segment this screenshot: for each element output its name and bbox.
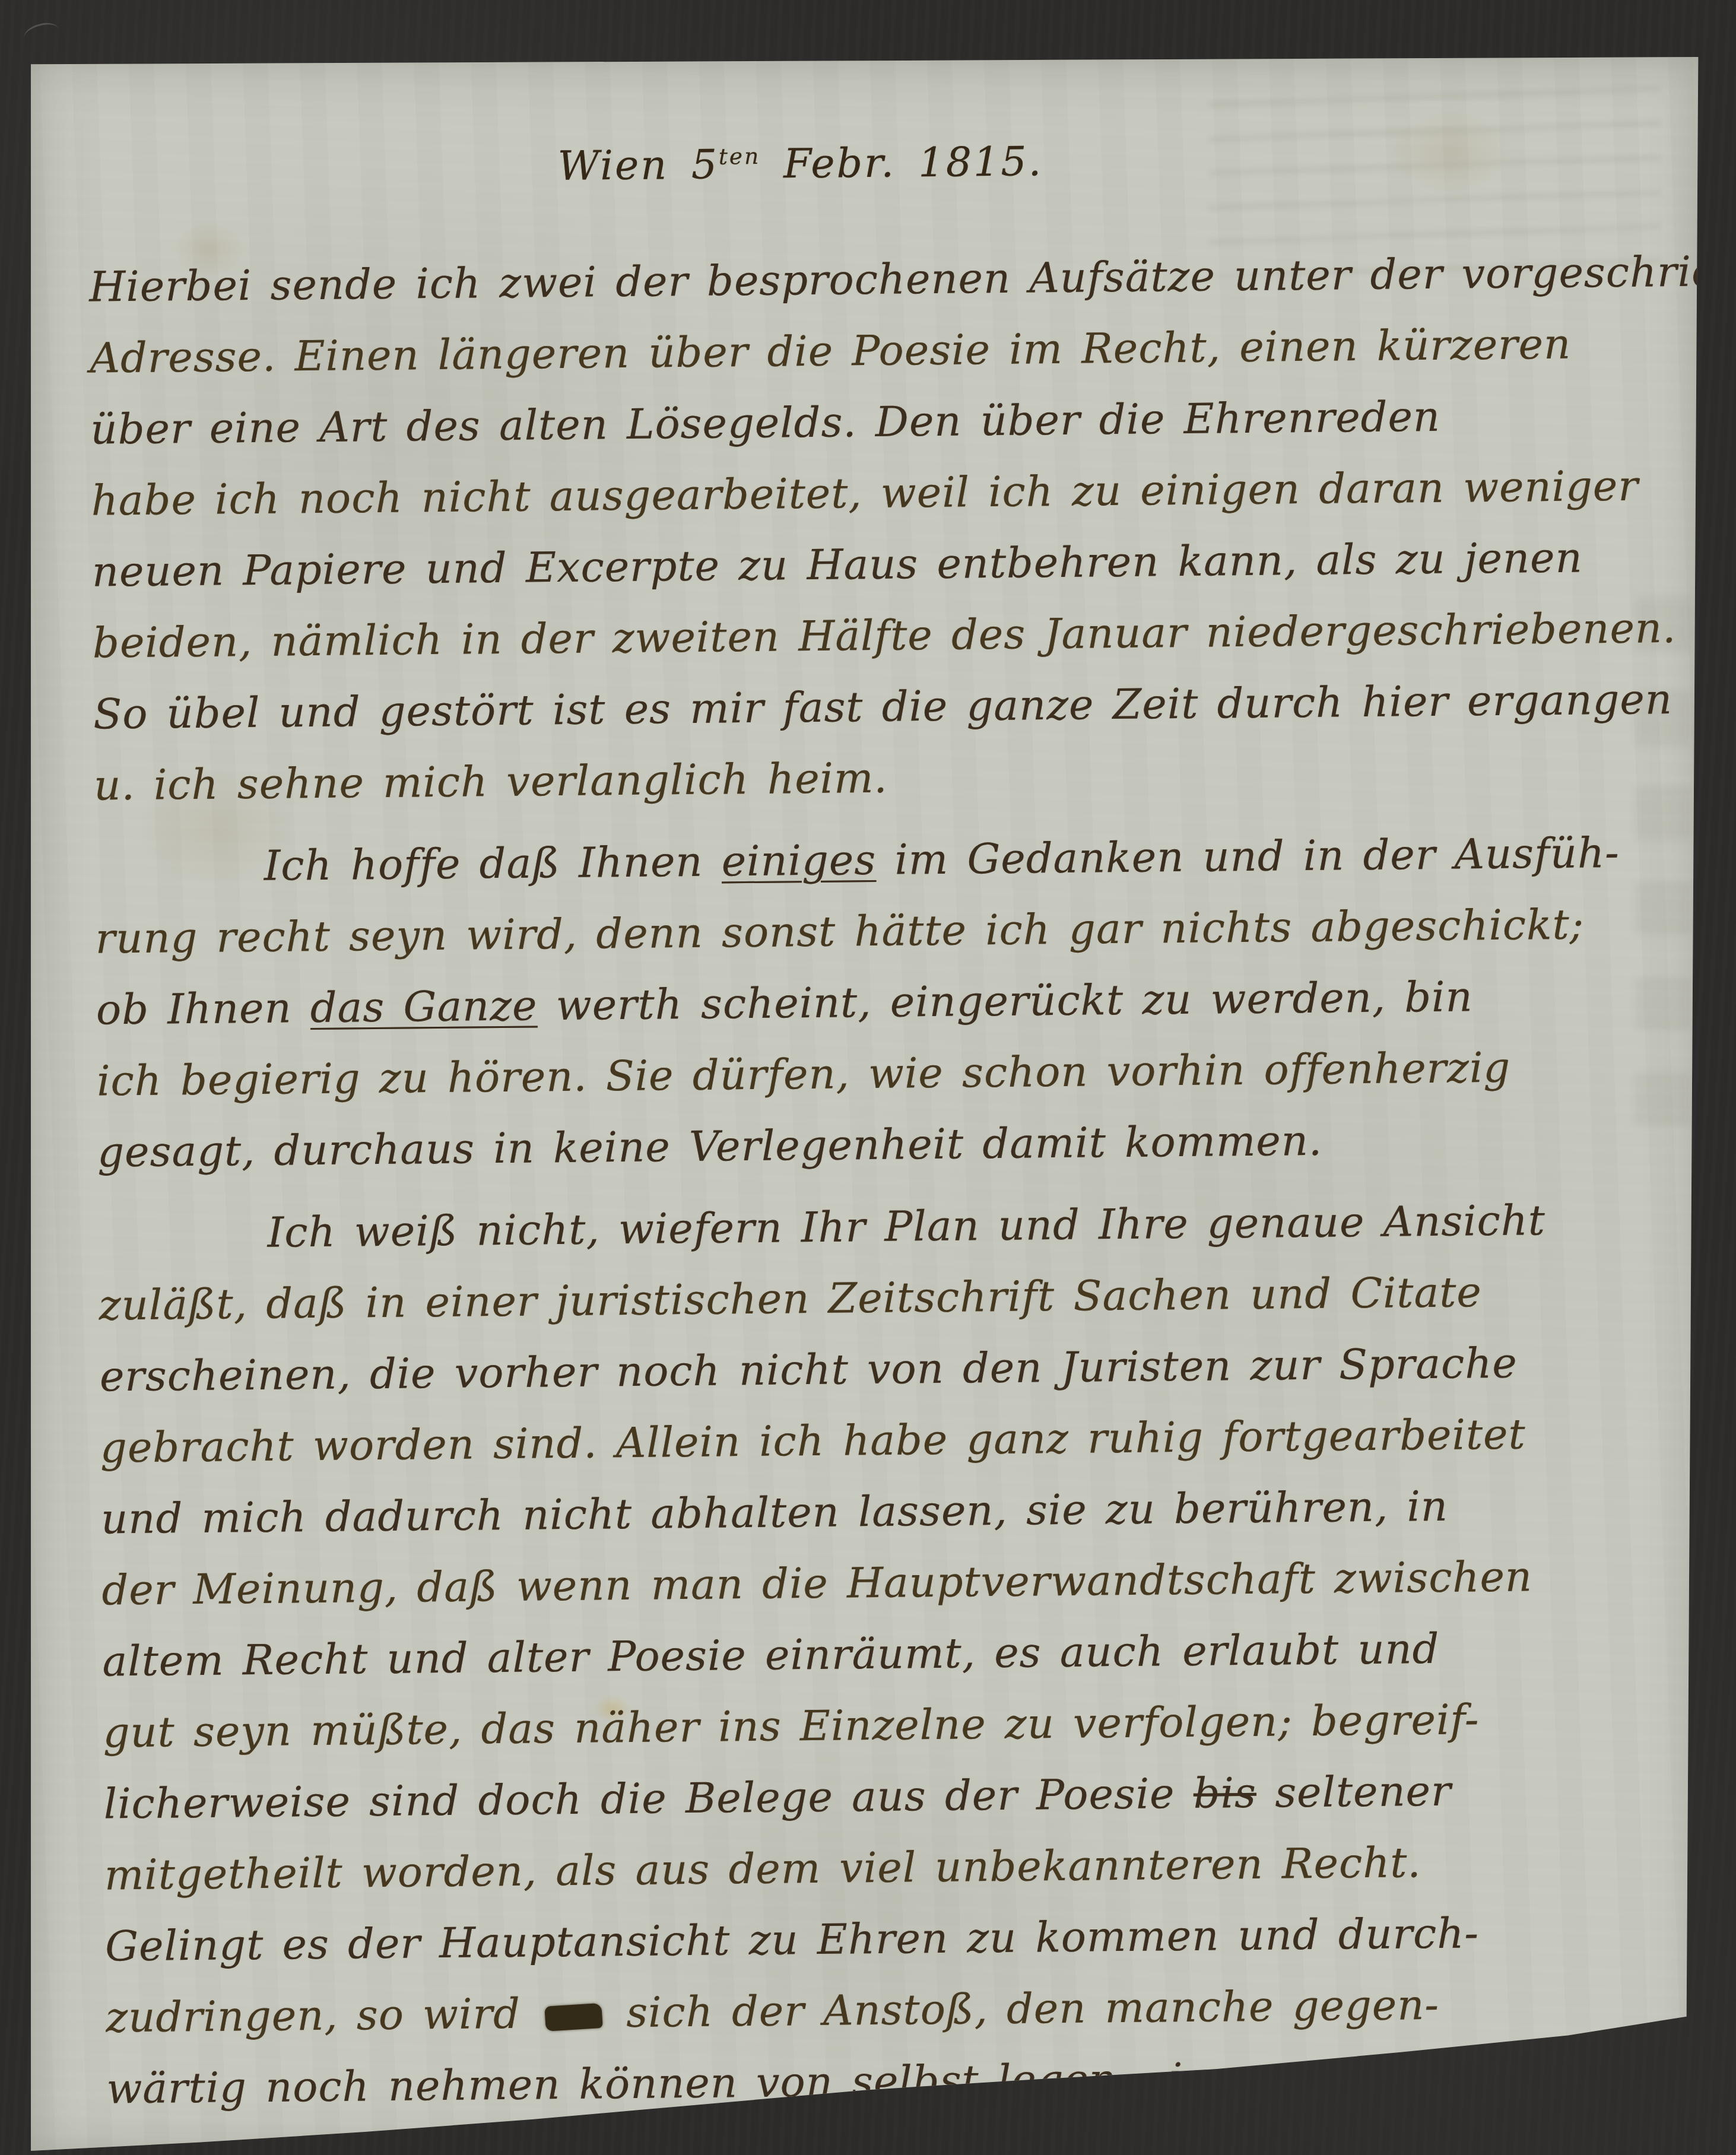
letter-line: So übel und gestört ist es mir fast die …: [93, 664, 1643, 750]
date-ordinal-suffix: ten: [719, 143, 761, 170]
paragraph: Ich weiß nicht, wiefern Ihr Plan und Ihr…: [98, 1183, 1656, 2124]
text-segment: im Gedanken und in der Ausfüh-: [876, 829, 1620, 884]
text-segment: gesagt, durchaus in keine Verlegenheit d…: [97, 1116, 1323, 1177]
text-segment: über eine Art des alten Lösegelds. Den ü…: [90, 392, 1440, 454]
text-segment: Ich weiß nicht, wiefern Ihr Plan und Ihr…: [267, 1196, 1545, 1257]
text-segment: beiden, nämlich in der zweiten Hälfte de…: [93, 604, 1677, 668]
ink-blot: [544, 2003, 602, 2032]
letter-line: wärtig noch nehmen können von selbst leg…: [106, 2038, 1656, 2124]
text-segment: zudringen, so wird: [106, 1989, 539, 2042]
text-segment: Ich hoffe daß Ihnen: [264, 837, 722, 890]
text-segment: zuläßt, daß in einer juristischen Zeitsc…: [99, 1268, 1482, 1329]
text-segment: Hierbei sende ich zwei der besprochenen …: [89, 246, 1736, 311]
text-segment: Gelingt es der Hauptansicht zu Ehren zu …: [105, 1909, 1480, 1970]
struck-word: bis: [1193, 1769, 1256, 1818]
underlined-word: das Ganze: [310, 981, 538, 1032]
date-month-year: Febr. 1815.: [760, 138, 1043, 188]
text-segment: seltener: [1256, 1767, 1452, 1817]
text-segment: werth scheint, eingerückt zu werden, bin: [537, 972, 1473, 1030]
text-segment: rung recht seyn wird, denn sonst hätte i…: [95, 900, 1584, 963]
text-segment: ob Ihnen: [96, 983, 311, 1034]
text-segment: neuen Papiere und Excerpte zu Haus entbe…: [92, 533, 1583, 596]
text-segment: und mich dadurch nicht abhalten lassen, …: [101, 1482, 1448, 1544]
underlined-word: einiges: [721, 836, 876, 886]
text-segment: So übel und gestört ist es mir fast die …: [93, 675, 1672, 739]
letter-text: Wien 5ten Febr. 1815. Hierbei sende ich …: [88, 133, 1656, 2125]
text-segment: altem Recht und alter Poesie einräumt, e…: [102, 1624, 1440, 1686]
text-segment: u. ich sehne mich verlanglich heim.: [94, 754, 888, 810]
text-segment: habe ich noch nicht ausgearbeitet, weil …: [91, 462, 1639, 525]
corner-scratch: [22, 20, 61, 47]
text-segment: der Meinung, daß wenn man die Hauptverwa…: [101, 1552, 1532, 1614]
text-segment: wärtig noch nehmen können von selbst leg…: [106, 2052, 1398, 2113]
letter-line: u. ich sehne mich verlanglich heim.: [94, 735, 1643, 821]
paragraph: Hierbei sende ich zwei der besprochenen …: [89, 237, 1643, 821]
text-segment: gut seyn müßte, das näher ins Einzelne z…: [103, 1695, 1480, 1757]
letter-line: ich begierig zu hören. Sie dürfen, wie s…: [97, 1030, 1646, 1116]
date-line: Wien 5ten Febr. 1815.: [88, 134, 1513, 195]
text-segment: erscheinen, die vorher noch nicht von de…: [100, 1339, 1518, 1401]
text-segment: Adresse. Einen längeren über die Poesie …: [90, 320, 1571, 383]
text-segment: gebracht worden sind. Allein ich habe ga…: [100, 1410, 1526, 1472]
letter-line: gesagt, durchaus in keine Verlegenheit d…: [97, 1102, 1647, 1188]
scan-background: Wien 5ten Febr. 1815. Hierbei sende ich …: [0, 0, 1736, 2155]
date-city-day: Wien 5: [557, 141, 719, 190]
text-segment: licherweise sind doch die Belege aus der…: [103, 1769, 1194, 1829]
text-segment: ich begierig zu hören. Sie dürfen, wie s…: [97, 1043, 1511, 1106]
letter-line: zudringen, so wird sich der Anstoß, den …: [106, 1967, 1655, 2053]
text-segment: sich der Anstoß, den manche gegen-: [608, 1981, 1440, 2037]
letter-body: Hierbei sende ich zwei der besprochenen …: [89, 237, 1656, 2125]
paragraph: Ich hoffe daß Ihnen einiges im Gedanken …: [94, 817, 1647, 1188]
text-segment: mitgetheilt worden, als aus dem viel unb…: [104, 1838, 1421, 1899]
letter-page: Wien 5ten Febr. 1815. Hierbei sende ich …: [31, 57, 1702, 2155]
